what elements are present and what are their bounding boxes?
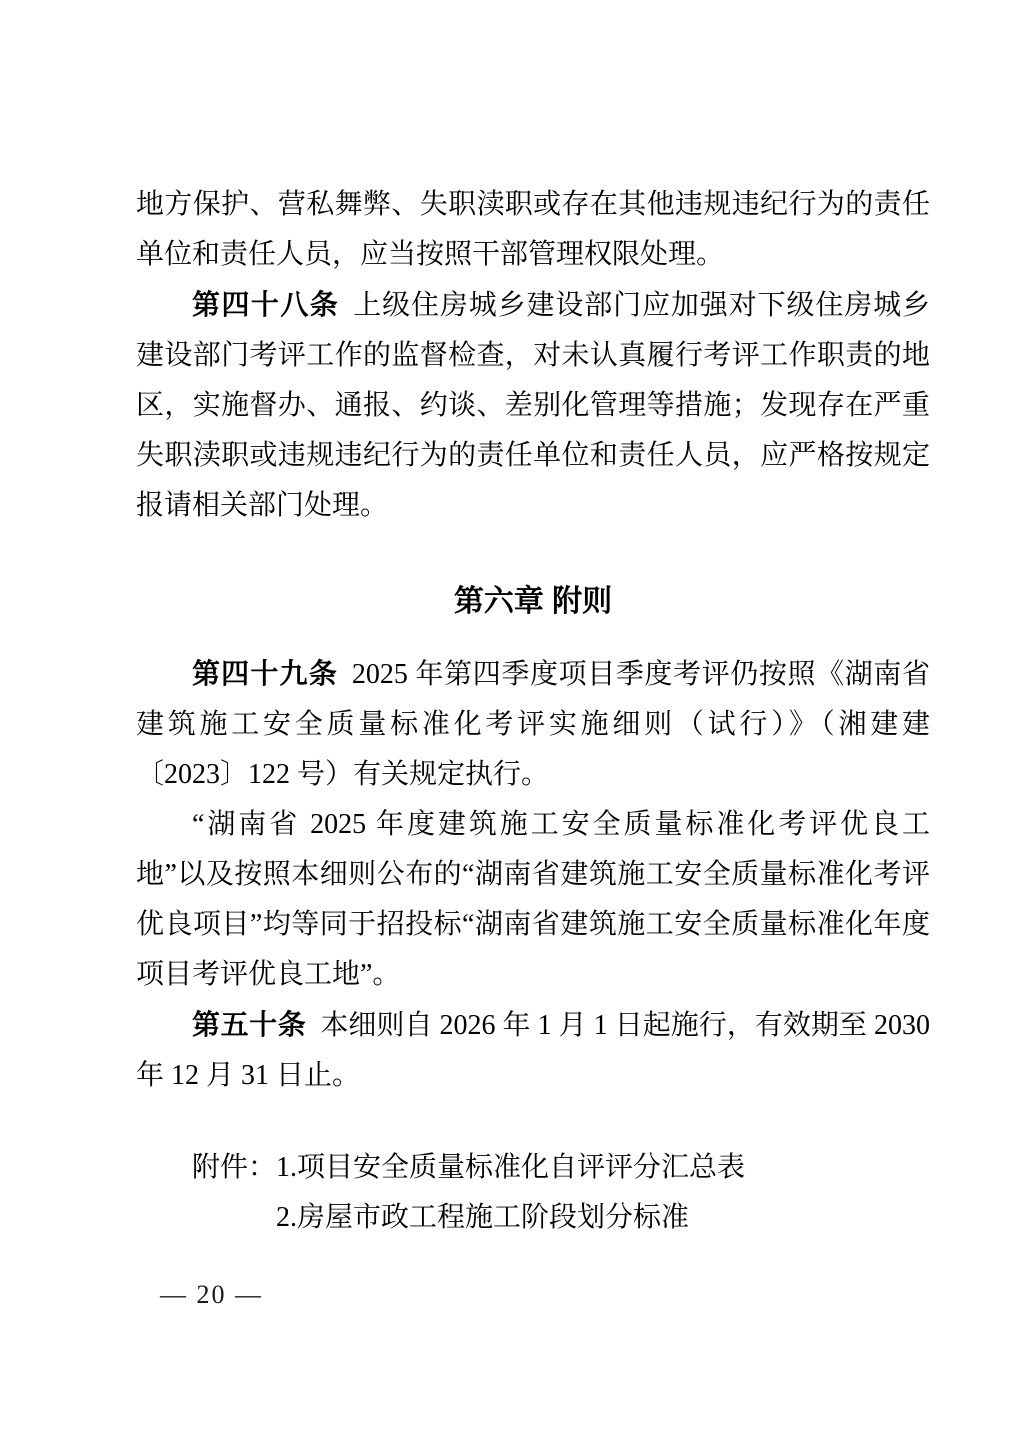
article-49-label: 第四十九条 xyxy=(192,658,338,689)
article-50-label: 第五十条 xyxy=(192,1009,306,1040)
attachments-block: 附件：1.项目安全质量标准化自评评分汇总表 2.房屋市政工程施工阶段划分标准 xyxy=(136,1143,930,1243)
attachments-label: 附件： xyxy=(192,1152,276,1183)
attachment-item: 附件：1.项目安全质量标准化自评评分汇总表 xyxy=(276,1143,930,1193)
document-body: 地方保护、营私舞弊、失职渎职或存在其他违规违纪行为的责任单位和责任人员，应当按照… xyxy=(136,180,930,1243)
paragraph-equivalence: “湖南省 2025 年度建筑施工安全质量标准化考评优良工地”以及按照本细则公布的… xyxy=(136,800,930,1000)
attachment-1-text: 1.项目安全质量标准化自评评分汇总表 xyxy=(276,1152,745,1183)
paragraph-continuation: 地方保护、营私舞弊、失职渎职或存在其他违规违纪行为的责任单位和责任人员，应当按照… xyxy=(136,180,930,280)
chapter-heading: 第六章 附则 xyxy=(136,577,930,627)
attachment-item: 2.房屋市政工程施工阶段划分标准 xyxy=(276,1193,930,1243)
article-48-text: 上级住房城乡建设部门应加强对下级住房城乡建设部门考评工作的监督检查，对未认真履行… xyxy=(136,290,930,521)
document-page: 地方保护、营私舞弊、失职渎职或存在其他违规违纪行为的责任单位和责任人员，应当按照… xyxy=(0,0,1024,1448)
article-50: 第五十条本细则自 2026 年 1 月 1 日起施行，有效期至 2030 年 1… xyxy=(136,1000,930,1101)
article-48-label: 第四十八条 xyxy=(192,289,339,320)
attachment-2-text: 2.房屋市政工程施工阶段划分标准 xyxy=(276,1202,689,1233)
article-49: 第四十九条2025 年第四季度项目季度考评仍按照《湖南省建筑施工安全质量标准化考… xyxy=(136,649,930,800)
article-48: 第四十八条上级住房城乡建设部门应加强对下级住房城乡建设部门考评工作的监督检查，对… xyxy=(136,280,930,531)
page-number: — 20 — xyxy=(160,1270,263,1320)
